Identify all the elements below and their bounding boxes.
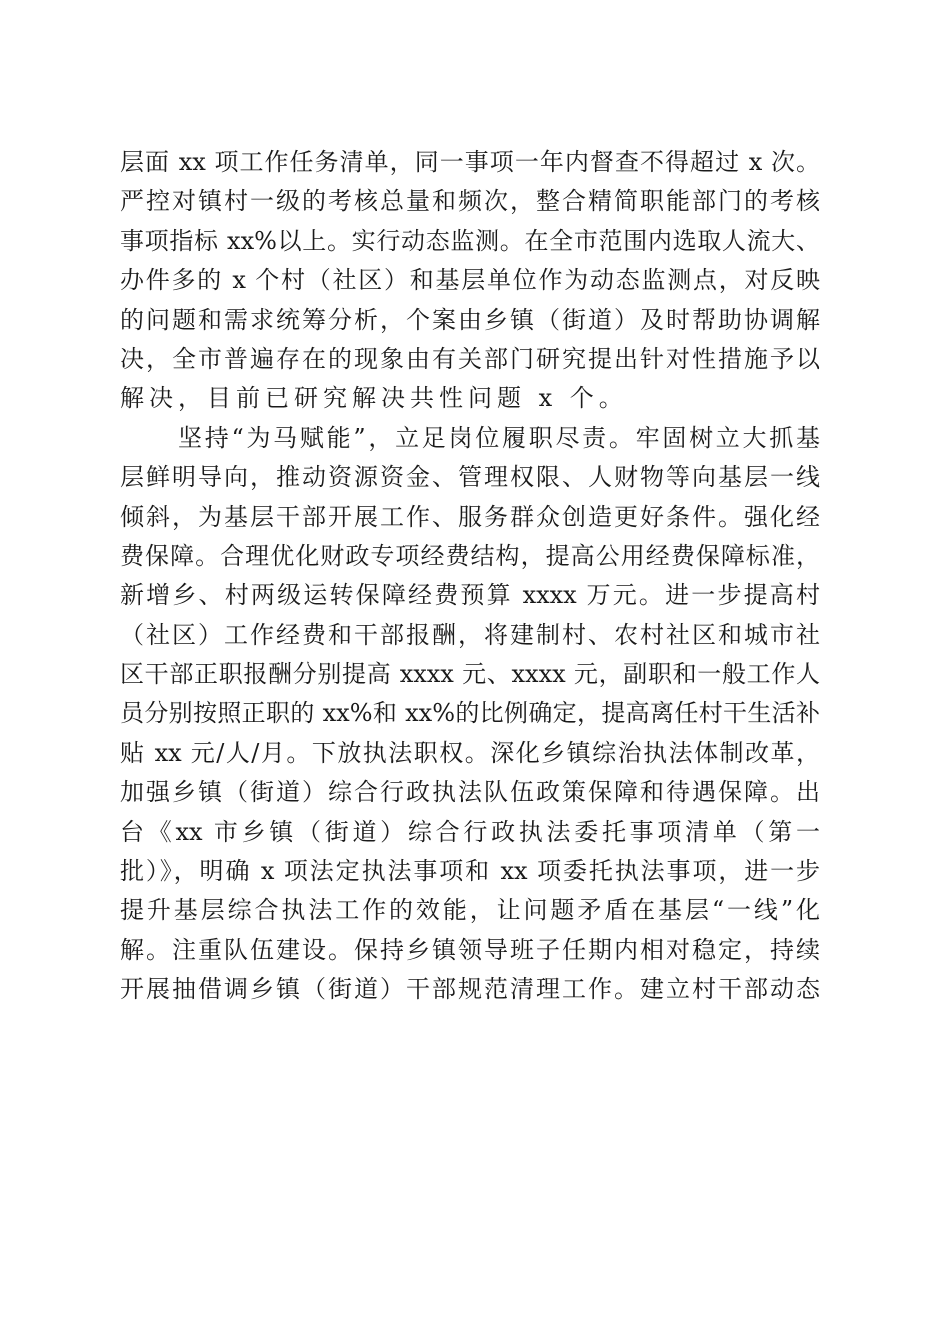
text-line: 解。注重队伍建设。保持乡镇领导班子任期内相对稳定，持续 — [120, 931, 820, 970]
text-line: 员分别按照正职的 xx%和 xx%的比例确定，提高离任村干生活补 — [120, 694, 820, 733]
document-body: 层面 xx 项工作任务清单，同一事项一年内督查不得超过 x 次。 严控对镇村一级… — [120, 143, 832, 1010]
text-line: 费保障。合理优化财政专项经费结构，提高公用经费保障标准， — [120, 537, 820, 576]
text-line: 事项指标 xx%以上。实行动态监测。在全市范围内选取人流大、 — [120, 222, 820, 261]
text-line: 加强乡镇（街道）综合行政执法队伍政策保障和待遇保障。出 — [120, 773, 820, 812]
text-line: 办件多的 x 个村（社区）和基层单位作为动态监测点，对反映 — [120, 261, 820, 300]
text-line: 倾斜，为基层干部开展工作、服务群众创造更好条件。强化经 — [120, 498, 820, 537]
paragraph-2: 坚持“为马赋能”，立足岗位履职尽责。牢固树立大抓基 层鲜明导向，推动资源资金、管… — [120, 419, 832, 1010]
text-line: 层面 xx 项工作任务清单，同一事项一年内督查不得超过 x 次。 — [120, 143, 820, 182]
text-line: 提升基层综合执法工作的效能，让问题矛盾在基层“一线”化 — [120, 891, 820, 930]
text-line: 决，全市普遍存在的现象由有关部门研究提出针对性措施予以 — [120, 340, 820, 379]
document-page: 层面 xx 项工作任务清单，同一事项一年内督查不得超过 x 次。 严控对镇村一级… — [0, 0, 950, 1344]
text-line: 批）》，明确 x 项法定执法事项和 xx 项委托执法事项，进一步 — [120, 852, 820, 891]
text-line: 层鲜明导向，推动资源资金、管理权限、人财物等向基层一线 — [120, 458, 820, 497]
text-line: 坚持“为马赋能”，立足岗位履职尽责。牢固树立大抓基 — [120, 419, 820, 458]
paragraph-1: 层面 xx 项工作任务清单，同一事项一年内督查不得超过 x 次。 严控对镇村一级… — [120, 143, 832, 419]
text-line: （社区）工作经费和干部报酬，将建制村、农村社区和城市社 — [120, 616, 820, 655]
text-line: 解决，目前已研究解决共性问题 x 个。 — [120, 379, 820, 418]
text-line: 开展抽借调乡镇（街道）干部规范清理工作。建立村干部动态 — [120, 970, 820, 1009]
text-line: 贴 xx 元/人/月。下放执法职权。深化乡镇综治执法体制改革， — [120, 734, 820, 773]
text-line: 台《xx 市乡镇（街道）综合行政执法委托事项清单（第一 — [120, 813, 820, 852]
text-line: 区干部正职报酬分别提高 xxxx 元、xxxx 元，副职和一般工作人 — [120, 655, 820, 694]
text-line: 新增乡、村两级运转保障经费预算 xxxx 万元。进一步提高村 — [120, 576, 820, 615]
text-line: 的问题和需求统筹分析，个案由乡镇（街道）及时帮助协调解 — [120, 301, 820, 340]
text-line: 严控对镇村一级的考核总量和频次，整合精简职能部门的考核 — [120, 182, 820, 221]
